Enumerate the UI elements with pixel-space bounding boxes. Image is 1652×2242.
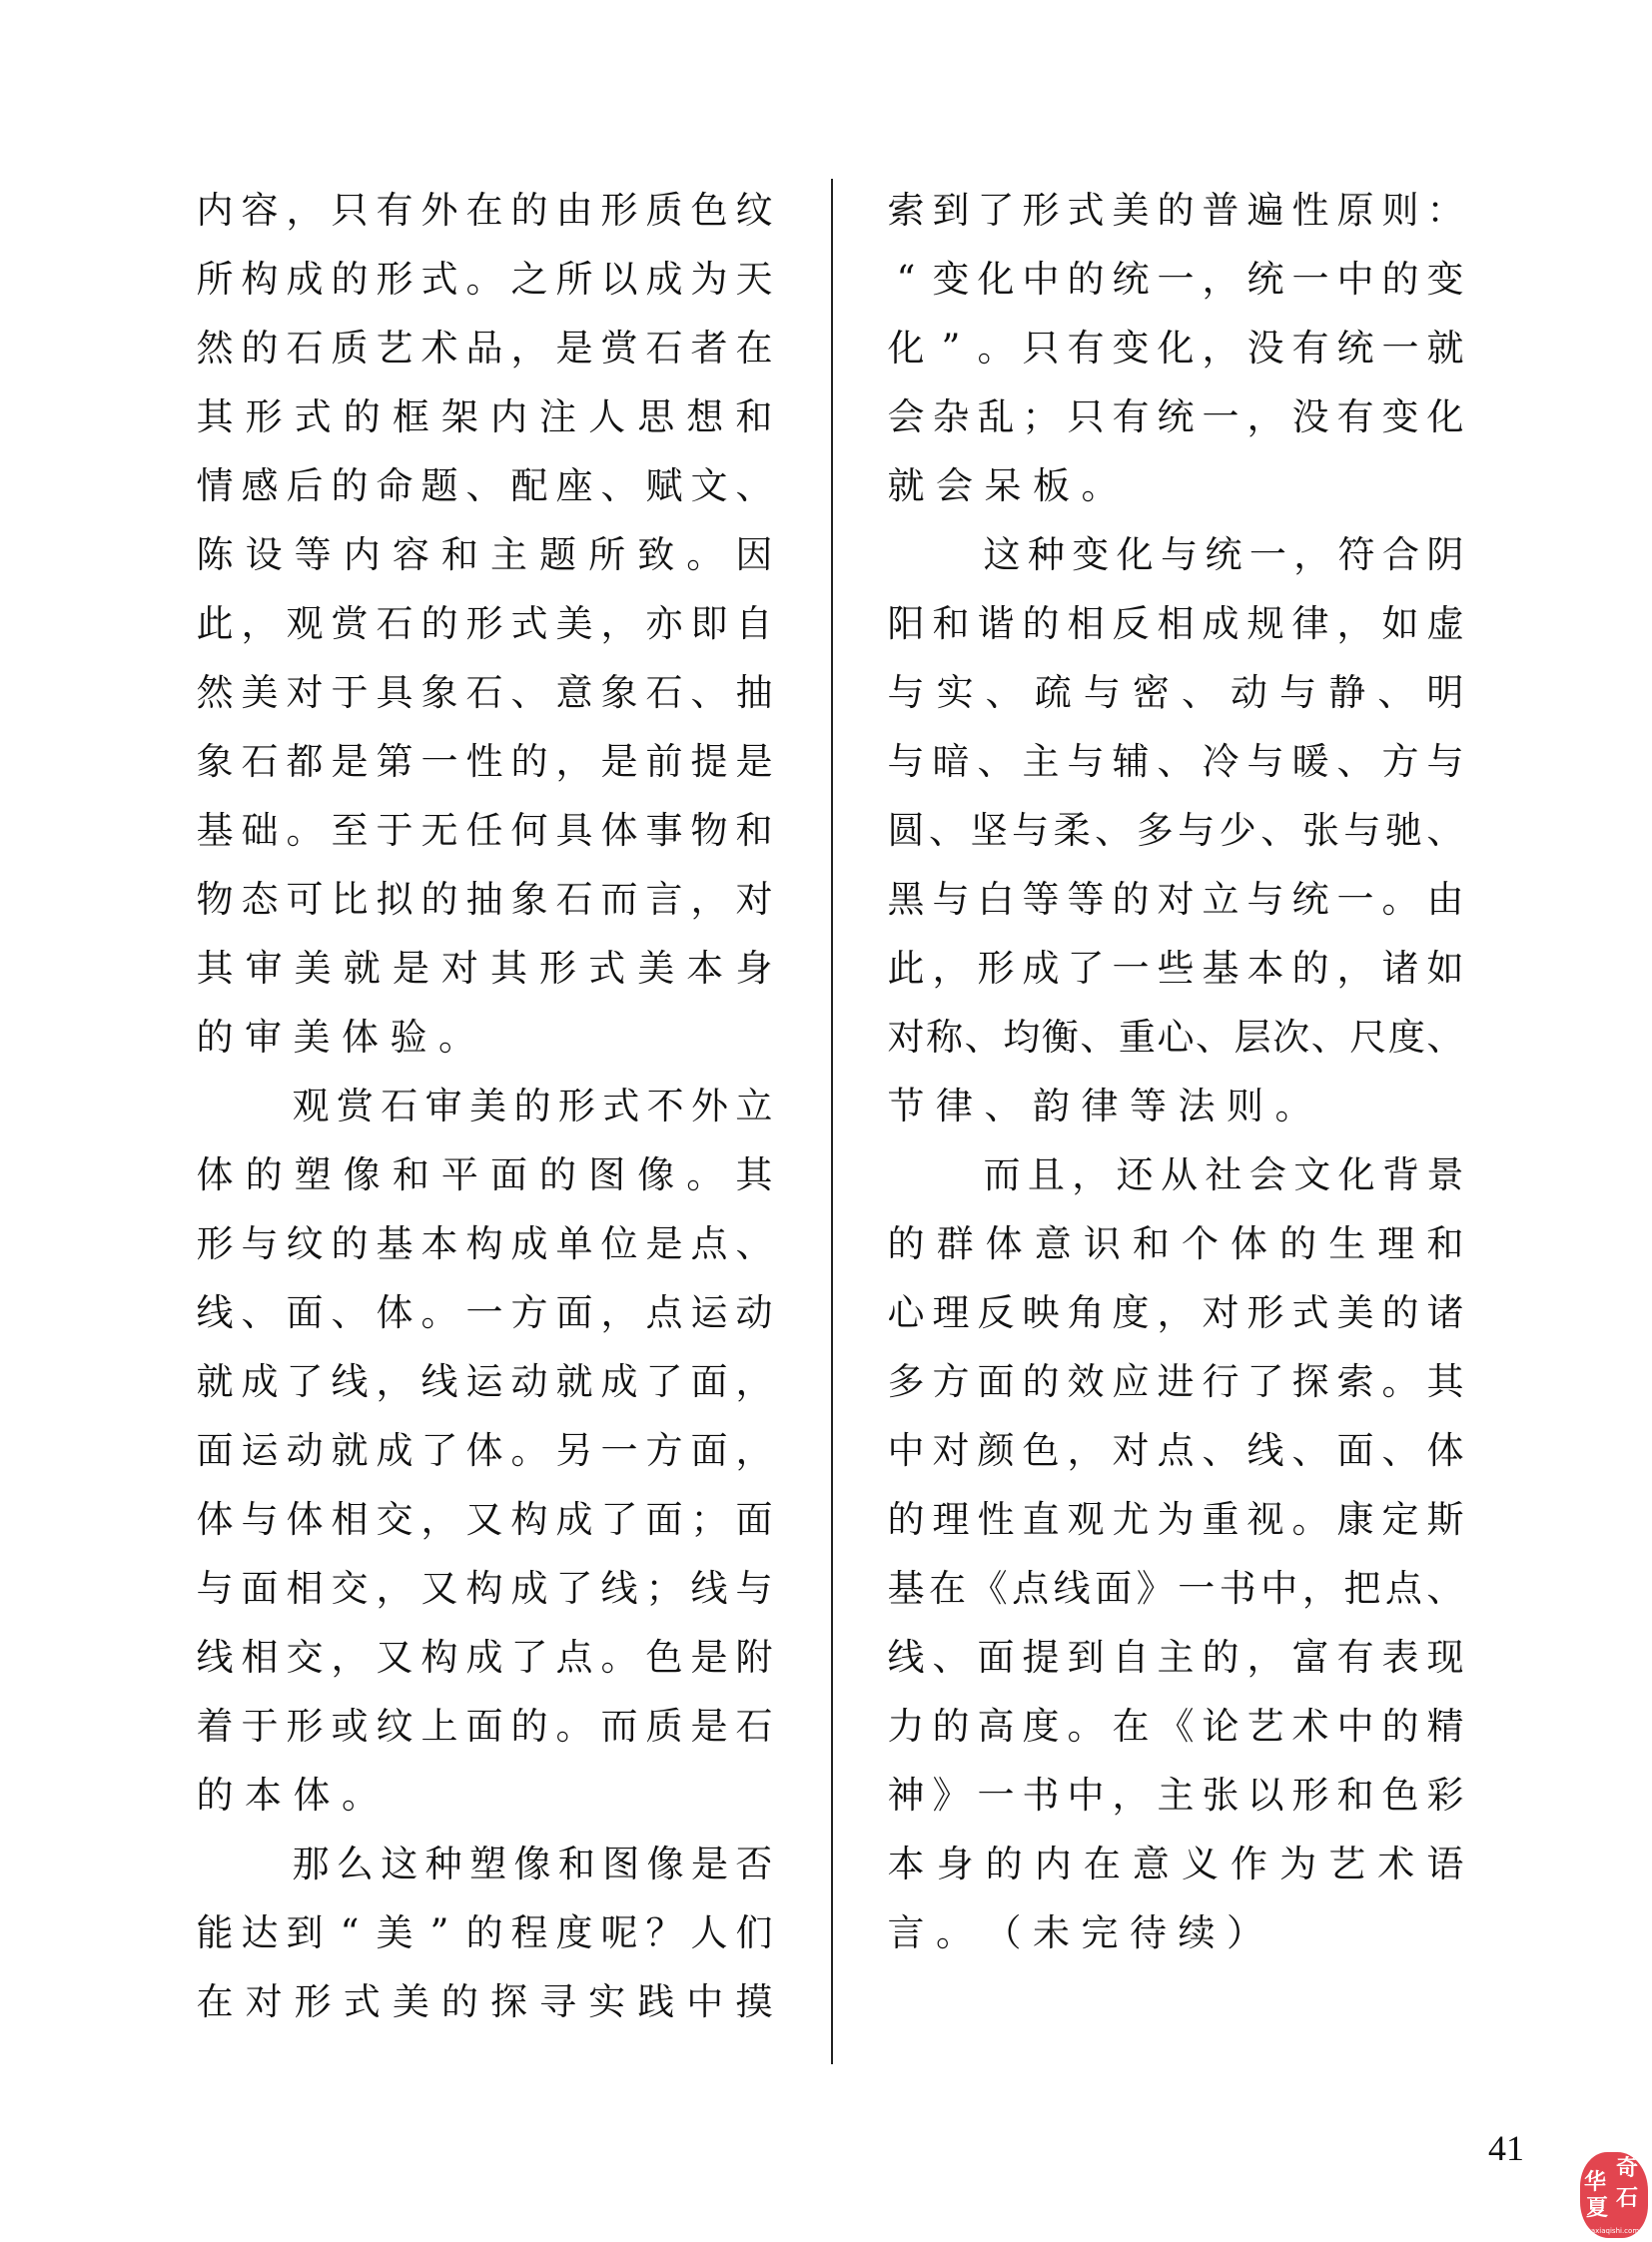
text-line: 中对颜色，对点、线、面、体 <box>887 1426 1464 1495</box>
text-line: 而且，还从社会文化背景 <box>887 1150 1464 1219</box>
text-line: 圆、坚与柔、多与少、张与驰、 <box>887 806 1464 875</box>
text-line: 此，观赏石的形式美，亦即自 <box>196 599 773 668</box>
text-line: 体的塑像和平面的图像。其 <box>196 1150 773 1219</box>
text-line: 所构成的形式。之所以成为天 <box>196 255 773 324</box>
text-line: 陈设等内容和主题所致。因 <box>196 530 773 599</box>
text-line: 神》一书中，主张以形和色彩 <box>887 1771 1464 1840</box>
text-line: 能达到“美”的程度呢？人们 <box>196 1908 773 1977</box>
text-line: 黑与白等等的对立与统一。由 <box>887 875 1464 944</box>
text-line: 线、面提到自主的，富有表现 <box>887 1633 1464 1702</box>
text-line: 心理反映角度，对形式美的诸 <box>887 1288 1464 1357</box>
text-line: 然的石质艺术品，是赏石者在 <box>196 324 773 392</box>
text-line: 体与体相交，又构成了面；面 <box>196 1495 773 1564</box>
text-line: 这种变化与统一，符合阴 <box>887 530 1464 599</box>
text-line: 会杂乱；只有统一，没有变化 <box>887 392 1464 461</box>
text-line: 本身的内在意义作为艺术语 <box>887 1840 1464 1908</box>
text-line: 多方面的效应进行了探索。其 <box>887 1357 1464 1426</box>
text-line: 索到了形式美的普遍性原则： <box>887 186 1464 255</box>
text-line: 节律、韵律等法则。 <box>887 1082 1464 1150</box>
logo-glyph: 华 <box>1584 2172 1606 2194</box>
text-line: 化”。只有变化，没有统一就 <box>887 324 1464 392</box>
text-line: 言。（未完待续） <box>887 1908 1464 1977</box>
text-line: 情感后的命题、配座、赋文、 <box>196 461 773 530</box>
text-line: 其审美就是对其形式美本身 <box>196 944 773 1013</box>
text-line: 物态可比拟的抽象石而言，对 <box>196 875 773 944</box>
text-line: 对称、均衡、重心、层次、尺度、 <box>887 1013 1464 1082</box>
text-line: 那么这种塑像和图像是否 <box>196 1840 773 1908</box>
logo-glyph: 奇 <box>1616 2158 1638 2180</box>
text-line: 的本体。 <box>196 1771 773 1840</box>
text-line: 观赏石审美的形式不外立 <box>196 1082 773 1150</box>
text-line: 的理性直观尤为重视。康定斯 <box>887 1495 1464 1564</box>
logo-url-text: huaxiaqishi.com <box>1582 2227 1639 2235</box>
text-line: 此，形成了一些基本的，诸如 <box>887 944 1464 1013</box>
text-line: 与面相交，又构成了线；线与 <box>196 1564 773 1633</box>
text-line: 基础。至于无任何具体事物和 <box>196 806 773 875</box>
column-divider <box>831 179 833 2064</box>
logo-glyph: 夏 <box>1586 2198 1608 2220</box>
text-line: 然美对于具象石、意象石、抽 <box>196 668 773 737</box>
watermark-seal-logo: 奇 华 石 夏 huaxiaqishi.com <box>1580 2152 1648 2238</box>
text-line: 线、面、体。一方面，点运动 <box>196 1288 773 1357</box>
text-line: 的审美体验。 <box>196 1013 773 1082</box>
text-line: 的群体意识和个体的生理和 <box>887 1219 1464 1288</box>
text-line: 力的高度。在《论艺术中的精 <box>887 1702 1464 1771</box>
text-line: 形与纹的基本构成单位是点、 <box>196 1219 773 1288</box>
text-line: 与暗、主与辅、冷与暖、方与 <box>887 737 1464 806</box>
text-line: 就会呆板。 <box>887 461 1464 530</box>
text-line: 就成了线，线运动就成了面， <box>196 1357 773 1426</box>
text-line: 在对形式美的探寻实践中摸 <box>196 1977 773 2046</box>
text-line: 着于形或纹上面的。而质是石 <box>196 1702 773 1771</box>
text-line: 内容，只有外在的由形质色纹 <box>196 186 773 255</box>
text-line: “变化中的统一，统一中的变 <box>887 255 1464 324</box>
text-line: 线相交，又构成了点。色是附 <box>196 1633 773 1702</box>
text-line: 阳和谐的相反相成规律，如虚 <box>887 599 1464 668</box>
right-text-column: 索到了形式美的普遍性原则：“变化中的统一，统一中的变化”。只有变化，没有统一就会… <box>887 186 1464 1977</box>
text-line: 面运动就成了体。另一方面， <box>196 1426 773 1495</box>
text-line: 与实、疏与密、动与静、明 <box>887 668 1464 737</box>
text-line: 基在《点线面》一书中，把点、 <box>887 1564 1464 1633</box>
left-text-column: 内容，只有外在的由形质色纹所构成的形式。之所以成为天然的石质艺术品，是赏石者在其… <box>196 186 773 2046</box>
page-number: 41 <box>1488 2127 1524 2169</box>
logo-glyph: 石 <box>1616 2188 1638 2210</box>
text-line: 其形式的框架内注人思想和 <box>196 392 773 461</box>
text-line: 象石都是第一性的，是前提是 <box>196 737 773 806</box>
